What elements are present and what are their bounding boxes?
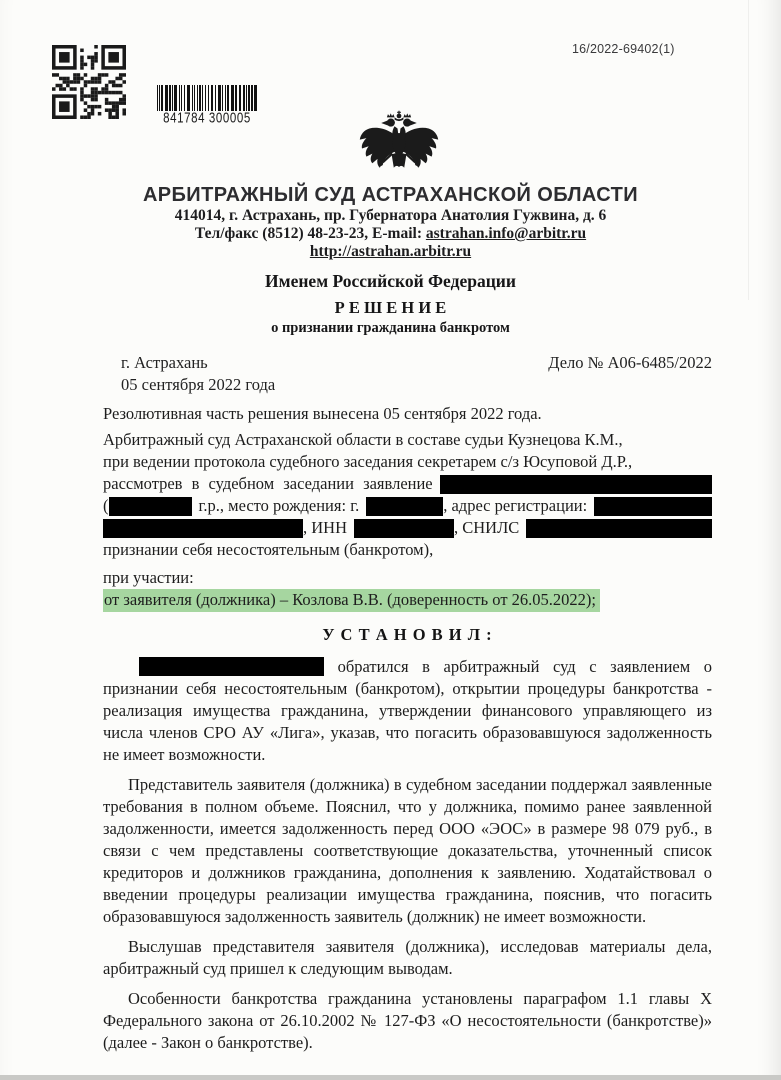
court-contacts: Тел/факс (8512) 48-23-23, E-mail: astrah… <box>0 225 781 243</box>
paper-edge-line <box>748 0 749 300</box>
decision-title: Р Е Ш Е Н И Е <box>0 298 781 318</box>
participant-line: от заявителя (должника) – Козлова В.В. (… <box>103 589 712 612</box>
document-body: Резолютивная часть решения вынесена 05 с… <box>103 403 712 1054</box>
in-name-of-russia: Именем Российской Федерации <box>0 271 781 292</box>
court-name: АРБИТРАЖНЫЙ СУД АСТРАХАНСКОЙ ОБЛАСТИ <box>0 184 781 207</box>
paragraph-court-conclusions: Выслушав представителя заявителя (должни… <box>103 936 712 980</box>
redaction-bar <box>366 497 443 516</box>
redaction-bar <box>594 497 712 516</box>
redaction-bar <box>354 519 454 538</box>
decision-subtitle: о признании гражданина банкротом <box>0 320 781 337</box>
redaction-bar <box>109 497 192 516</box>
barcode-bars <box>156 85 258 111</box>
operative-part-line: Резолютивная часть решения вынесена 05 с… <box>103 403 712 425</box>
highlighted-participant: от заявителя (должника) – Козлова В.В. (… <box>103 589 600 612</box>
case-header-row: г. Астрахань Дело № А06-6485/2022 <box>103 352 712 374</box>
scanned-court-decision-page: 841784 300005 16/2022-69402(1) АРБИТРАЖН… <box>0 0 781 1080</box>
judge-line: Арбитражный суд Астраханской области в с… <box>103 429 712 451</box>
participation-label: при участии: <box>103 567 712 589</box>
scan-bottom-edge <box>0 1075 781 1080</box>
redaction-bar <box>139 657 324 676</box>
paragraph-application: обратился в арбитражный суд с заявлением… <box>103 656 712 766</box>
inn-snils-line: , ИНН , СНИЛС <box>103 517 712 539</box>
considered-line: рассмотрев в судебном заседании заявлени… <box>103 473 712 495</box>
document-number: 16/2022-69402(1) <box>572 42 675 56</box>
recognition-line: признании себя несостоятельным (банкрото… <box>103 539 712 561</box>
paragraph-representative: Представитель заявителя (должника) в суд… <box>103 774 712 928</box>
russia-coat-of-arms-icon <box>352 110 446 184</box>
letterhead: АРБИТРАЖНЫЙ СУД АСТРАХАНСКОЙ ОБЛАСТИ 414… <box>0 184 781 337</box>
court-website: http://astrahan.arbitr.ru <box>310 243 471 260</box>
case-number: Дело № А06-6485/2022 <box>548 352 712 374</box>
case-city: г. Астрахань <box>103 352 208 374</box>
court-address: 414014, г. Астрахань, пр. Губернатора Ан… <box>0 207 781 225</box>
barcode: 841784 300005 <box>156 85 258 123</box>
qr-code <box>52 45 126 119</box>
redaction-bar <box>526 519 712 538</box>
birth-address-line: ( г.р., место рождения: г. , адрес регис… <box>103 495 712 517</box>
court-website-line: http://astrahan.arbitr.ru <box>0 243 781 261</box>
case-date: 05 сентября 2022 года <box>121 374 275 396</box>
redaction-bar <box>440 475 712 494</box>
established-heading: У С Т А Н О В И Л : <box>103 624 712 646</box>
court-email: astrahan.info@arbitr.ru <box>426 225 586 242</box>
secretary-line: при ведении протокола судебного заседани… <box>103 451 712 473</box>
barcode-number: 841784 300005 <box>156 111 258 126</box>
redaction-bar <box>103 519 303 538</box>
paragraph-bankruptcy-law: Особенности банкротства гражданина устан… <box>103 988 712 1054</box>
phone-fax: Тел/факс (8512) 48-23-23, E-mail: <box>195 225 426 242</box>
